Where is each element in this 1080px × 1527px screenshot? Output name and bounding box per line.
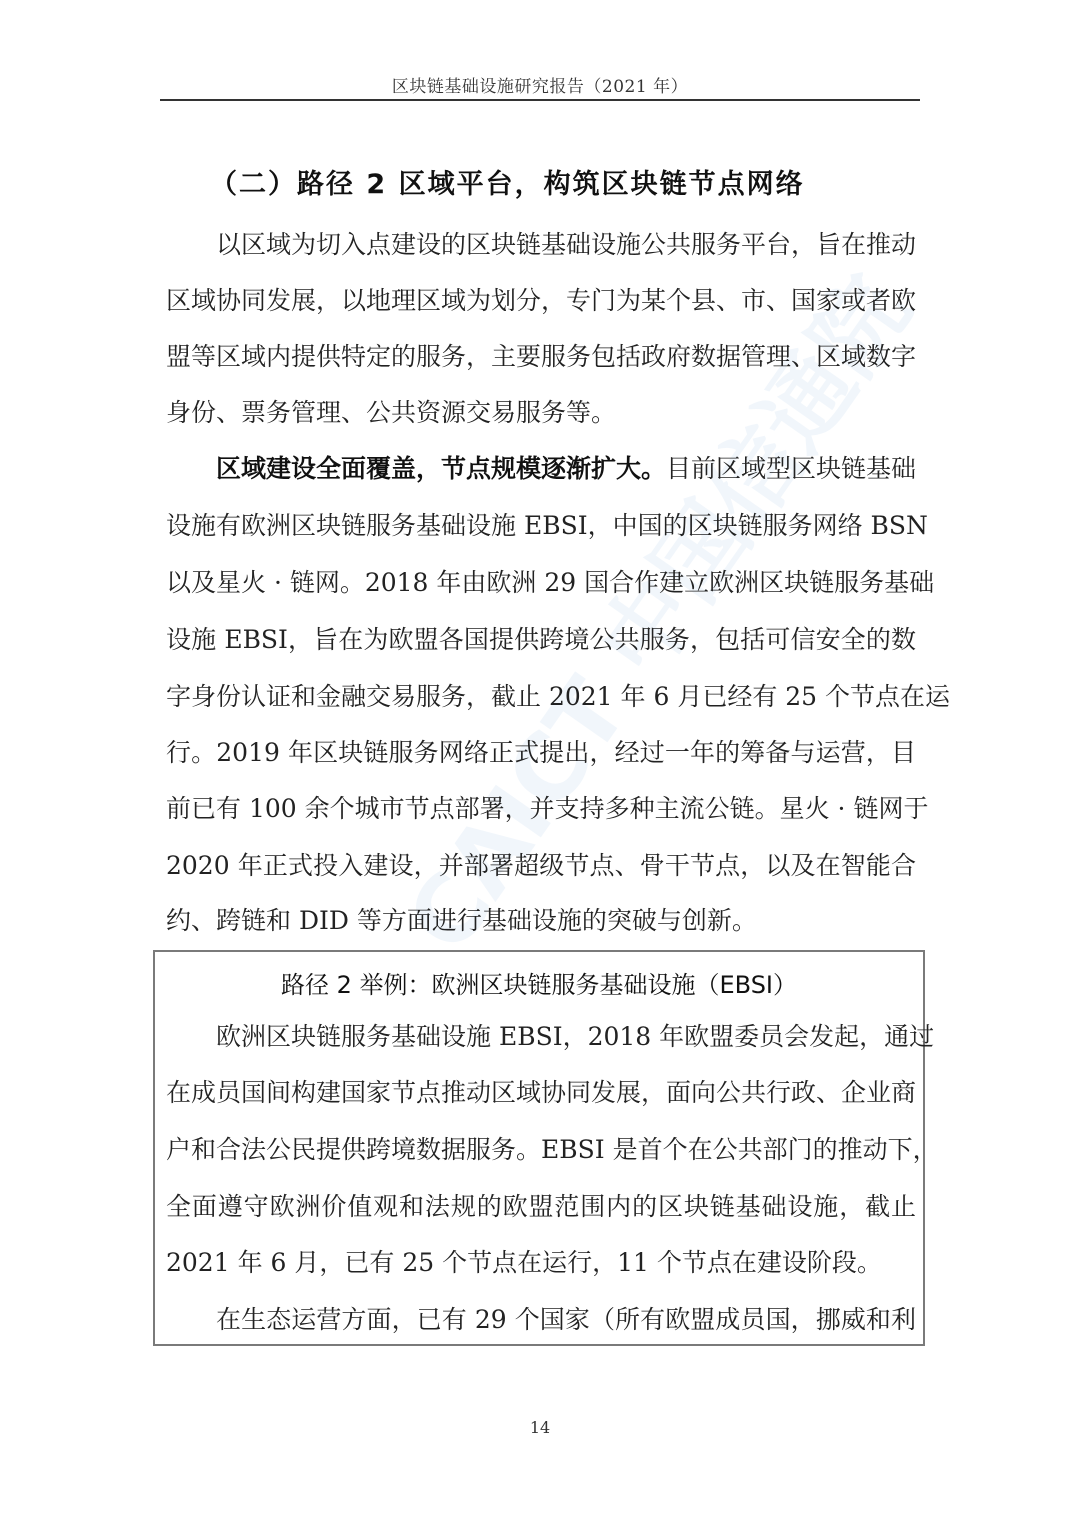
text-line: 设施 EBSI，旨在为欧盟各国提供跨境公共服务，包括可信安全的数 — [166, 625, 916, 655]
text-line: 2021 年 6 月，已有 25 个节点在运行，11 个节点在建设阶段。 — [166, 1248, 916, 1278]
text-line: 约、跨链和 DID 等方面进行基础设施的突破与创新。 — [166, 906, 916, 936]
page-number: 14 — [0, 1418, 1080, 1437]
text-line: 全面遵守欧洲价值观和法规的欧盟范围内的区块链基础设施，截止 — [166, 1192, 916, 1222]
text-line: 户和合法公民提供跨境数据服务。EBSI 是首个在公共部门的推动下， — [166, 1135, 916, 1165]
text-line: 在成员国间构建国家节点推动区域协同发展，面向公共行政、企业商 — [166, 1078, 916, 1108]
text-line: 2020 年正式投入建设，并部署超级节点、骨干节点，以及在智能合 — [166, 851, 916, 881]
example-box-title: 路径 2 举例：欧洲区块链服务基础设施（EBSI） — [153, 965, 925, 1000]
text-line: 盟等区域内提供特定的服务，主要服务包括政府数据管理、区域数字 — [166, 342, 916, 372]
section-title: （二）路径 2 区域平台，构筑区块链节点网络 — [210, 162, 930, 201]
text-line: 身份、票务管理、公共资源交易服务等。 — [166, 398, 916, 428]
header-divider — [160, 99, 920, 101]
text-line: 行。2019 年区块链服务网络正式提出，经过一年的筹备与运营，目 — [166, 738, 916, 768]
lead-continuation: 目前区域型区块链基础 — [666, 454, 916, 483]
text-line: 设施有欧洲区块链服务基础设施 EBSI，中国的区块链服务网络 BSN — [166, 511, 916, 541]
text-line: 前已有 100 余个城市节点部署，并支持多种主流公链。星火 · 链网于 — [166, 794, 916, 824]
text-line: 字身份认证和金融交易服务，截止 2021 年 6 月已经有 25 个节点在运 — [166, 682, 916, 712]
text-line: 区域协同发展，以地理区域为划分，专门为某个县、市、国家或者欧 — [166, 286, 916, 316]
text-line: 以区域为切入点建设的区块链基础设施公共服务平台，旨在推动 — [216, 230, 916, 260]
running-header: 区块链基础设施研究报告（2021 年） — [160, 72, 920, 97]
text-line: 区域建设全面覆盖，节点规模逐渐扩大。目前区域型区块链基础 — [216, 454, 916, 484]
bold-lead-sentence: 区域建设全面覆盖，节点规模逐渐扩大。 — [216, 454, 666, 483]
text-line: 在生态运营方面，已有 29 个国家（所有欧盟成员国，挪威和利 — [216, 1305, 916, 1335]
text-line: 以及星火 · 链网。2018 年由欧洲 29 国合作建立欧洲区块链服务基础 — [166, 568, 916, 598]
text-line: 欧洲区块链服务基础设施 EBSI，2018 年欧盟委员会发起，通过 — [216, 1022, 916, 1052]
